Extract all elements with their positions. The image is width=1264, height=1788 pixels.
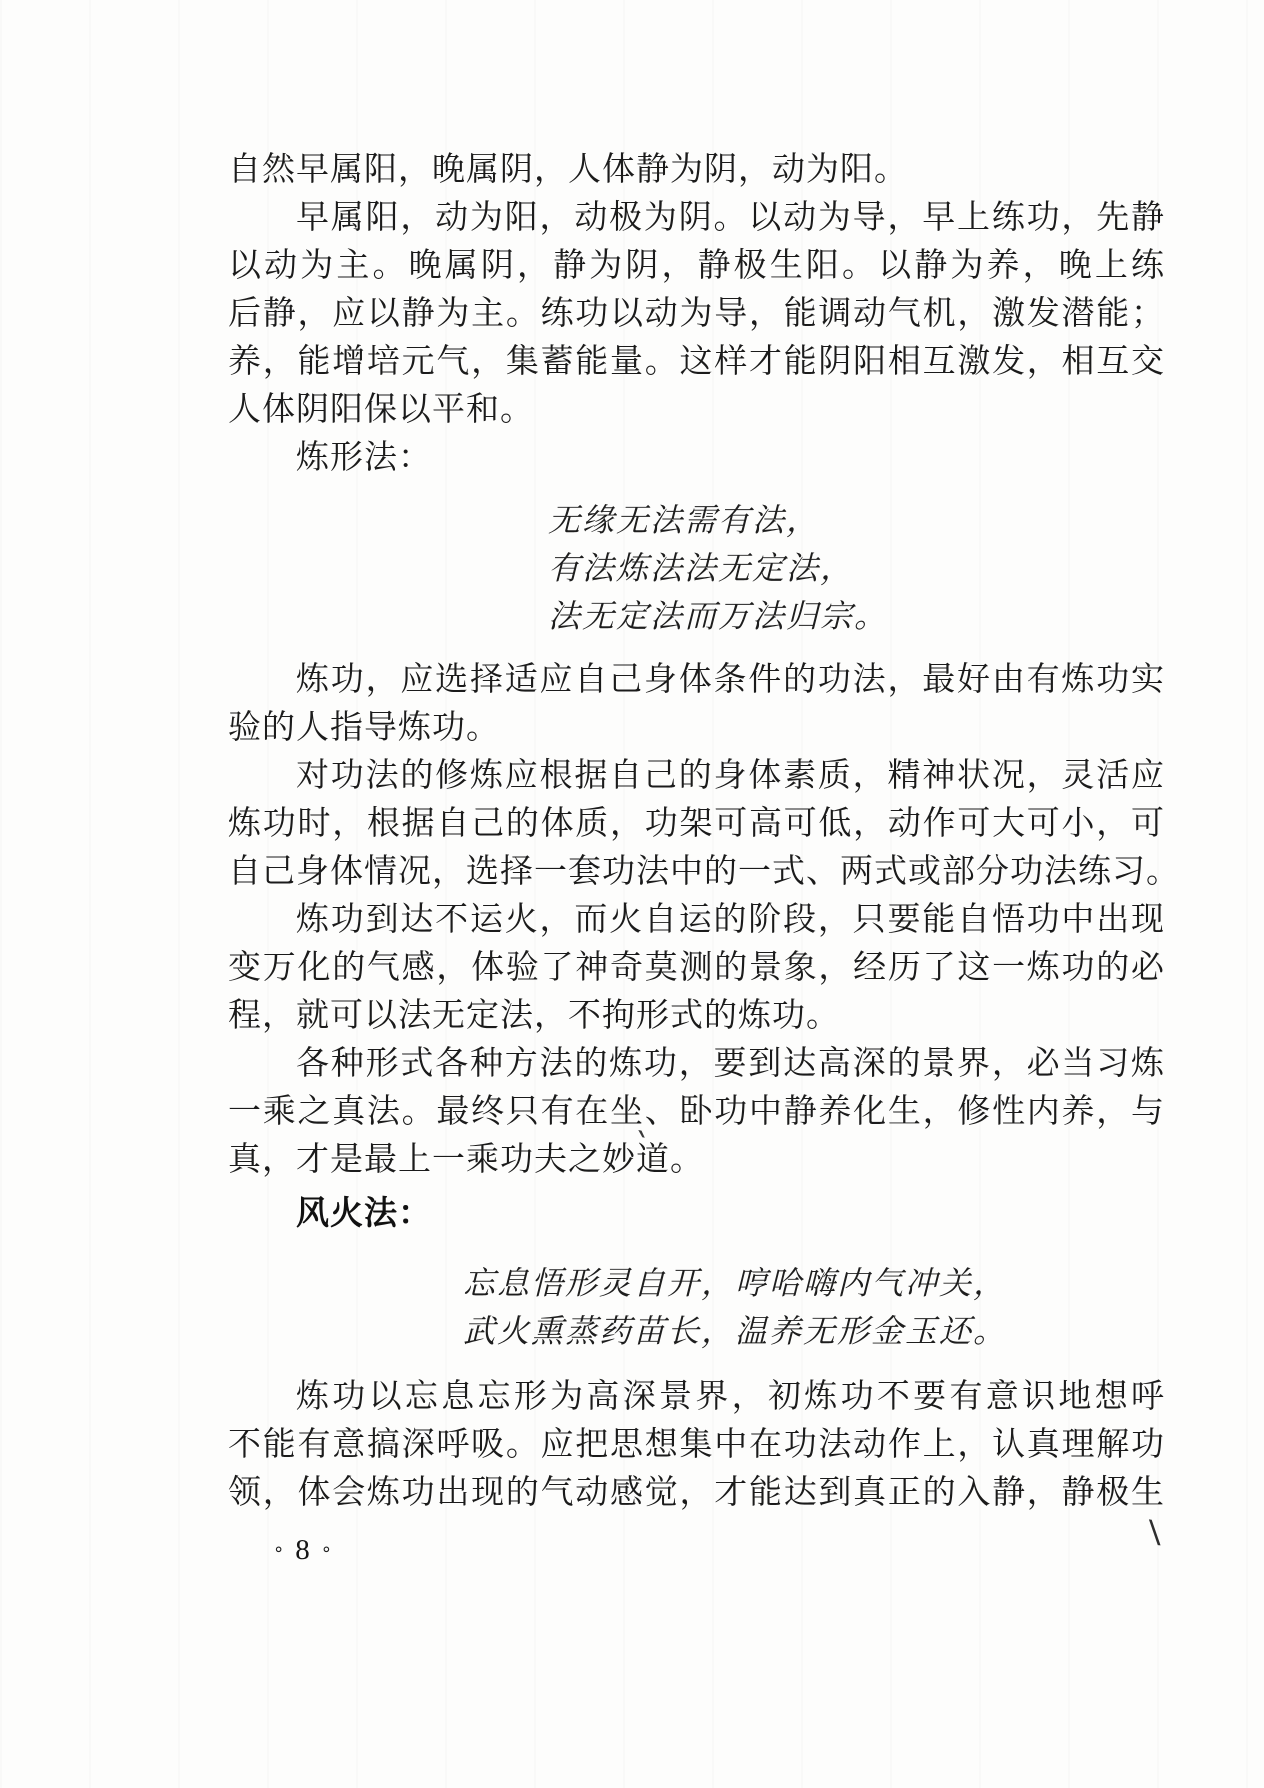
verse-line: 忘息悟形灵自开，哼哈嗨内气冲关， [463,1259,1165,1307]
body-line: 炼功到达不运火，而火自运的阶段，只要能自悟功中出现的千 [228,896,1165,944]
verse-block-fenghuofa: 忘息悟形灵自开，哼哈嗨内气冲关， 武火熏蒸药苗长，温养无形金玉还。 [463,1259,1165,1355]
text-column: 自然早属阳，晚属阴，人体静为阴，动为阳。 早属阳，动为阳，动极为阴。以动为导，早… [228,146,1165,1567]
body-line: 炼功时，根据自己的体质，功架可高可低，动作可大可小，可以根据 [228,800,1165,848]
body-line: 自然早属阳，晚属阴，人体静为阴，动为阳。 [228,146,1165,194]
body-line: 对功法的修炼应根据自己的身体素质，精神状况，灵活应用。 [228,752,1165,800]
body-line: 一乘之真法。最终只有在坐、卧功中静养化生，修性内养，与道合 [228,1088,1165,1136]
body-line: 真，才是最上一乘功夫之妙道。 [228,1136,1165,1184]
body-line: 不能有意搞深呼吸。应把思想集中在功法动作上，认真理解功法要 [228,1421,1165,1469]
verse-block-lianxingfa: 无缘无法需有法， 有法炼法法无定法， 法无定法而万法归宗。 [548,496,1165,640]
body-line: 变万化的气感，体验了神奇莫测的景象，经历了这一炼功的必然过 [228,944,1165,992]
verse-line: 法无定法而万法归宗。 [548,592,1165,640]
body-line: 人体阴阳保以平和。 [228,386,1165,434]
page-number-dot-right: ∘ [321,1539,332,1560]
body-line: 自己身体情况，选择一套功法中的一式、两式或部分功法练习。 [228,848,1165,896]
body-line: 炼功以忘息忘形为高深景界，初炼功不要有意识地想呼吸，更 [228,1373,1165,1421]
body-line: 程，就可以法无定法，不拘形式的炼功。 [228,992,1165,1040]
body-line: 各种形式各种方法的炼功，要到达高深的景界，必当习炼最上 [228,1040,1165,1088]
body-line: 炼功，应选择适应自己身体条件的功法，最好由有炼功实践经 [228,656,1165,704]
body-line: 后静，应以静为主。练功以动为导，能调动气机，激发潜能；以静为 [228,290,1165,338]
page-number: ∘8∘ [228,1533,1165,1567]
page-number-value: 8 [295,1534,310,1566]
page-number-dot-left: ∘ [273,1539,284,1560]
section-heading-fenghuofa: 风火法： [228,1190,1165,1238]
scan-mark-backslash: \ [1144,1517,1165,1549]
section-heading-lianxingfa: 炼形法： [228,434,1165,482]
verse-line: 武火熏蒸药苗长，温养无形金玉还。 [463,1307,1165,1355]
body-line: 养，能增培元气，集蓄能量。这样才能阴阳相互激发，相互交感，使 [228,338,1165,386]
scanned-book-page: 自然早属阳，晚属阴，人体静为阴，动为阳。 早属阳，动为阳，动极为阴。以动为导，早… [0,0,1264,1788]
body-line: 早属阳，动为阳，动极为阴。以动为导，早上练功，先静后动，应 [228,194,1165,242]
verse-line: 有法炼法法无定法， [548,544,1165,592]
body-line: 以动为主。晚属阴，静为阴，静极生阳。以静为养，晚上练功，先动 [228,242,1165,290]
verse-line: 无缘无法需有法， [548,496,1165,544]
body-line: 验的人指导炼功。 [228,704,1165,752]
body-line: 领，体会炼功出现的气动感觉，才能达到真正的入静，静极生动，调 [228,1469,1165,1517]
